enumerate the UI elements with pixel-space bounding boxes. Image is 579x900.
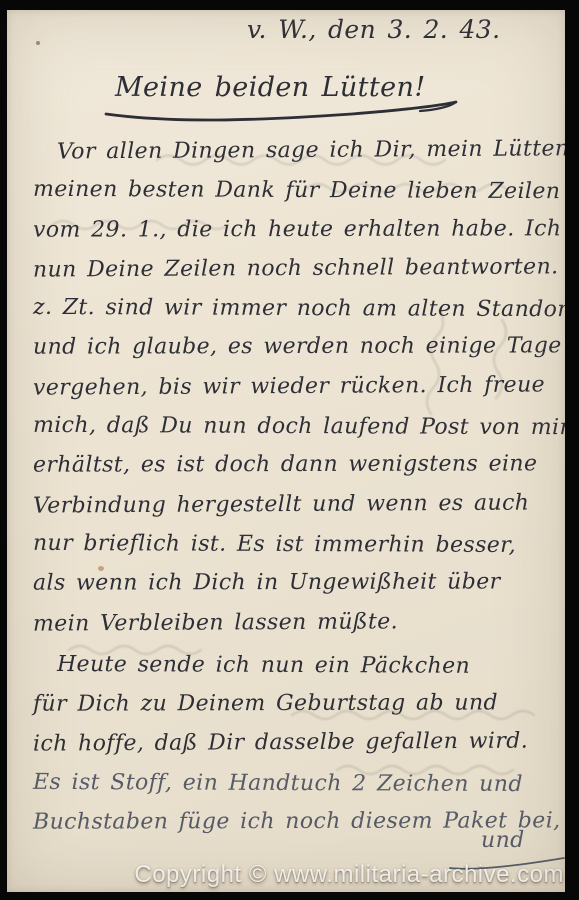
- letter-line: für Dich zu Deinem Geburtstag ab und: [33, 683, 553, 724]
- letter-line: mich, daß Du nun doch laufend Post von m…: [33, 406, 553, 448]
- letter-dateline: v. W., den 3. 2. 43.: [247, 15, 500, 44]
- paper-stain: [98, 566, 104, 571]
- letter-line: Es ist Stoff, ein Handtuch 2 Zeichen und: [33, 763, 553, 805]
- letter-line: als wenn ich Dich in Ungewißheit über: [33, 563, 553, 604]
- letter-line: vom 29. 1., die ich heute erhalten habe.…: [33, 209, 553, 250]
- letter-line: ich hoffe, daß Dir dasselbe gefallen wir…: [33, 722, 553, 764]
- letter-line: erhältst, es ist doch dann wenigstens ei…: [33, 445, 553, 486]
- letter-line: nun Deine Zeilen noch schnell beantworte…: [33, 247, 553, 289]
- letter-line: Heute sende ich nun ein Päckchen: [33, 645, 553, 687]
- copyright-watermark: Copyright © www.militaria-archive.com: [134, 861, 564, 889]
- letter-line: z. Zt. sind wir immer noch am alten Stan…: [33, 288, 553, 330]
- letter-catchword: und: [481, 828, 525, 853]
- letter-body: Vor allen Dingen sage ich Dir, mein Lütt…: [33, 131, 553, 841]
- salutation-underline-flourish: [102, 98, 464, 126]
- letter-line: Verbindung hergestellt und wenn es auch: [33, 483, 553, 525]
- paper-speck: [36, 41, 40, 45]
- letter-line: Vor allen Dingen sage ich Dir, mein Lütt…: [33, 129, 553, 171]
- letter-line: und ich glaube, es werden noch einige Ta…: [33, 327, 553, 368]
- scanned-letter-image: v. W., den 3. 2. 43. Meine beiden Lütten…: [0, 0, 579, 900]
- letter-line: vergehen, bis wir wieder rücken. Ich fre…: [33, 365, 553, 407]
- letter-paper: v. W., den 3. 2. 43. Meine beiden Lütten…: [7, 10, 565, 892]
- letter-line: nur brieflich ist. Es ist immerhin besse…: [33, 524, 553, 566]
- letter-line: mein Verbleiben lassen müßte.: [33, 601, 553, 643]
- letter-line: meinen besten Dank für Deine lieben Zeil…: [33, 170, 553, 212]
- letter-line: Buchstaben füge ich noch diesem Paket be…: [33, 801, 553, 842]
